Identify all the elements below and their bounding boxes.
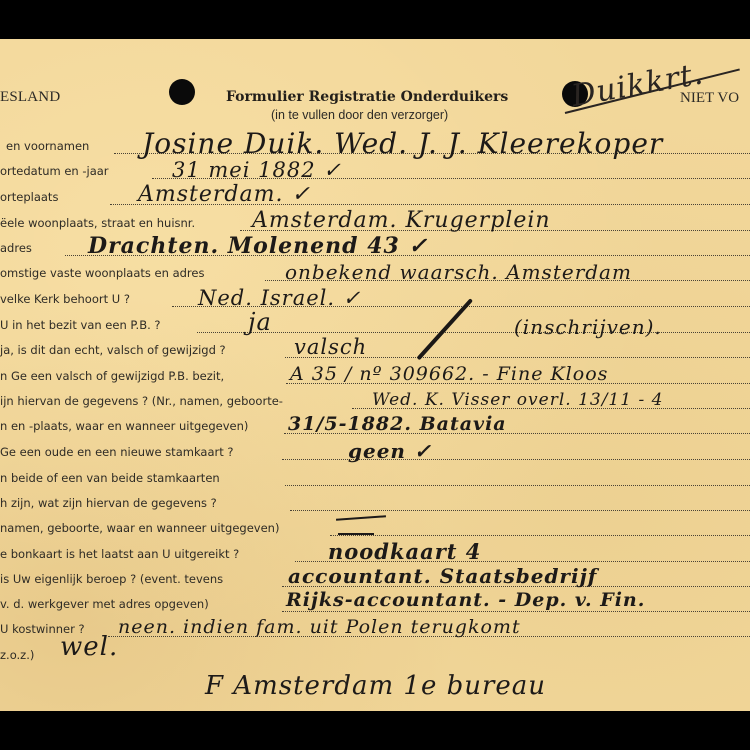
dotted-line bbox=[282, 611, 750, 612]
field-value: geen ✓ bbox=[348, 439, 432, 463]
field-value: noodkaart 4 bbox=[328, 539, 481, 564]
field-label: n Ge een valsch of gewijzigd P.B. bezit, bbox=[0, 369, 224, 383]
field-row-name: en voornamen Josine Duik. Wed. J. J. Kle… bbox=[0, 139, 750, 159]
field-note: (inschrijven). bbox=[514, 315, 662, 339]
form-subtitle: (in te vullen door den verzorger) bbox=[271, 108, 448, 122]
field-label: z.o.z.) bbox=[0, 648, 34, 662]
field-value: Rijks-accountant. - Dep. v. Fin. bbox=[286, 589, 645, 611]
field-row-church: velke Kerk behoort U ? Ned. Israel. ✓ bbox=[0, 292, 750, 312]
field-label: ëele woonplaats, straat en huisnr. bbox=[0, 216, 195, 230]
form-title: Formulier Registratie Onderduikers bbox=[226, 89, 508, 105]
punch-hole-left bbox=[169, 79, 195, 105]
dotted-line bbox=[330, 535, 750, 536]
field-label: orteplaats bbox=[0, 190, 58, 204]
field-label: e bonkaart is het laatst aan U uitgereik… bbox=[0, 547, 239, 561]
field-row-stamkaart-details: h zijn, wat zijn hiervan de gegevens ? bbox=[0, 496, 750, 516]
field-row-pb-details-1: n Ge een valsch of gewijzigd P.B. bezit,… bbox=[0, 369, 750, 389]
field-value: valsch bbox=[294, 335, 367, 359]
field-value: wel. bbox=[60, 632, 118, 662]
field-row-pb-type: ja, is dit dan echt, valsch of gewijzigd… bbox=[0, 343, 750, 363]
field-value: Amsterdam. Krugerplein bbox=[252, 208, 551, 233]
field-label: h zijn, wat zijn hiervan de gegevens ? bbox=[0, 496, 217, 510]
dotted-line bbox=[197, 332, 750, 333]
field-label: velke Kerk behoort U ? bbox=[0, 292, 130, 306]
field-label: omstige vaste woonplaats en adres bbox=[0, 266, 204, 280]
field-label: Ge een oude en een nieuwe stamkaart ? bbox=[0, 445, 234, 459]
field-row-future-residence: omstige vaste woonplaats en adres onbeke… bbox=[0, 266, 750, 286]
field-value: A 35 / nº 309662. - Fine Kloos bbox=[290, 363, 608, 385]
field-row-zoz: z.o.z.) wel. bbox=[0, 648, 750, 668]
field-value: Josine Duik. Wed. J. J. Kleerekoper bbox=[142, 127, 663, 160]
field-value: neen. indien fam. uit Polen terugkomt bbox=[118, 616, 521, 638]
field-row-address: adres Drachten. Molenend 43 ✓ bbox=[0, 241, 750, 261]
field-value: Drachten. Molenend 43 ✓ bbox=[88, 233, 428, 259]
field-label: is Uw eigenlijk beroep ? (event. tevens bbox=[0, 572, 223, 586]
field-row-stamkaart-issued: namen, geboorte, waar en wanneer uitgege… bbox=[0, 521, 750, 541]
field-label: namen, geboorte, waar en wanneer uitgege… bbox=[0, 521, 279, 535]
field-value: Ned. Israel. ✓ bbox=[198, 286, 361, 310]
field-row-pb-details-3: n en -plaats, waar en wanneer uitgegeven… bbox=[0, 419, 750, 439]
field-row-stamkaart: Ge een oude en een nieuwe stamkaart ? ge… bbox=[0, 445, 750, 465]
field-label: v. d. werkgever met adres opgeven) bbox=[0, 597, 209, 611]
field-value: Wed. K. Visser overl. 13/11 - 4 bbox=[372, 390, 663, 410]
field-row-birthplace: orteplaats Amsterdam. ✓ bbox=[0, 190, 750, 210]
ink-dash-mark bbox=[336, 515, 386, 520]
registration-card: ESLAND Formulier Registratie Onderduiker… bbox=[0, 39, 750, 711]
field-value: Amsterdam. ✓ bbox=[138, 182, 311, 207]
header-region-text: ESLAND bbox=[0, 89, 60, 106]
field-label: n en -plaats, waar en wanneer uitgegeven… bbox=[0, 419, 248, 433]
field-row-pb-details-2: ijn hiervan de gegevens ? (Nr., namen, g… bbox=[0, 394, 750, 414]
field-value: 31 mei 1882 ✓ bbox=[172, 158, 342, 182]
field-row-stamkaart-both: n beide of een van beide stamkaarten bbox=[0, 471, 750, 491]
field-value: onbekend waarsch. Amsterdam bbox=[285, 260, 632, 284]
field-label: ortedatum en -jaar bbox=[0, 164, 109, 178]
field-value: 31/5-1882. Batavia bbox=[288, 413, 507, 435]
field-value: ja bbox=[248, 308, 272, 336]
footer-annotation: F Amsterdam 1e bureau bbox=[205, 671, 546, 701]
field-label: en voornamen bbox=[6, 139, 89, 153]
field-label: U in het bezit van een P.B. ? bbox=[0, 318, 161, 332]
field-label: n beide of een van beide stamkaarten bbox=[0, 471, 220, 485]
dotted-line bbox=[285, 485, 750, 486]
field-row-employer: v. d. werkgever met adres opgeven) Rijks… bbox=[0, 597, 750, 617]
field-label: ijn hiervan de gegevens ? (Nr., namen, g… bbox=[0, 394, 283, 408]
dotted-line bbox=[290, 510, 750, 511]
field-value: accountant. Staatsbedrijf bbox=[288, 564, 597, 588]
field-label: ja, is dit dan echt, valsch of gewijzigd… bbox=[0, 343, 226, 357]
field-row-birthdate: ortedatum en -jaar 31 mei 1882 ✓ bbox=[0, 164, 750, 184]
field-label: adres bbox=[0, 241, 32, 255]
